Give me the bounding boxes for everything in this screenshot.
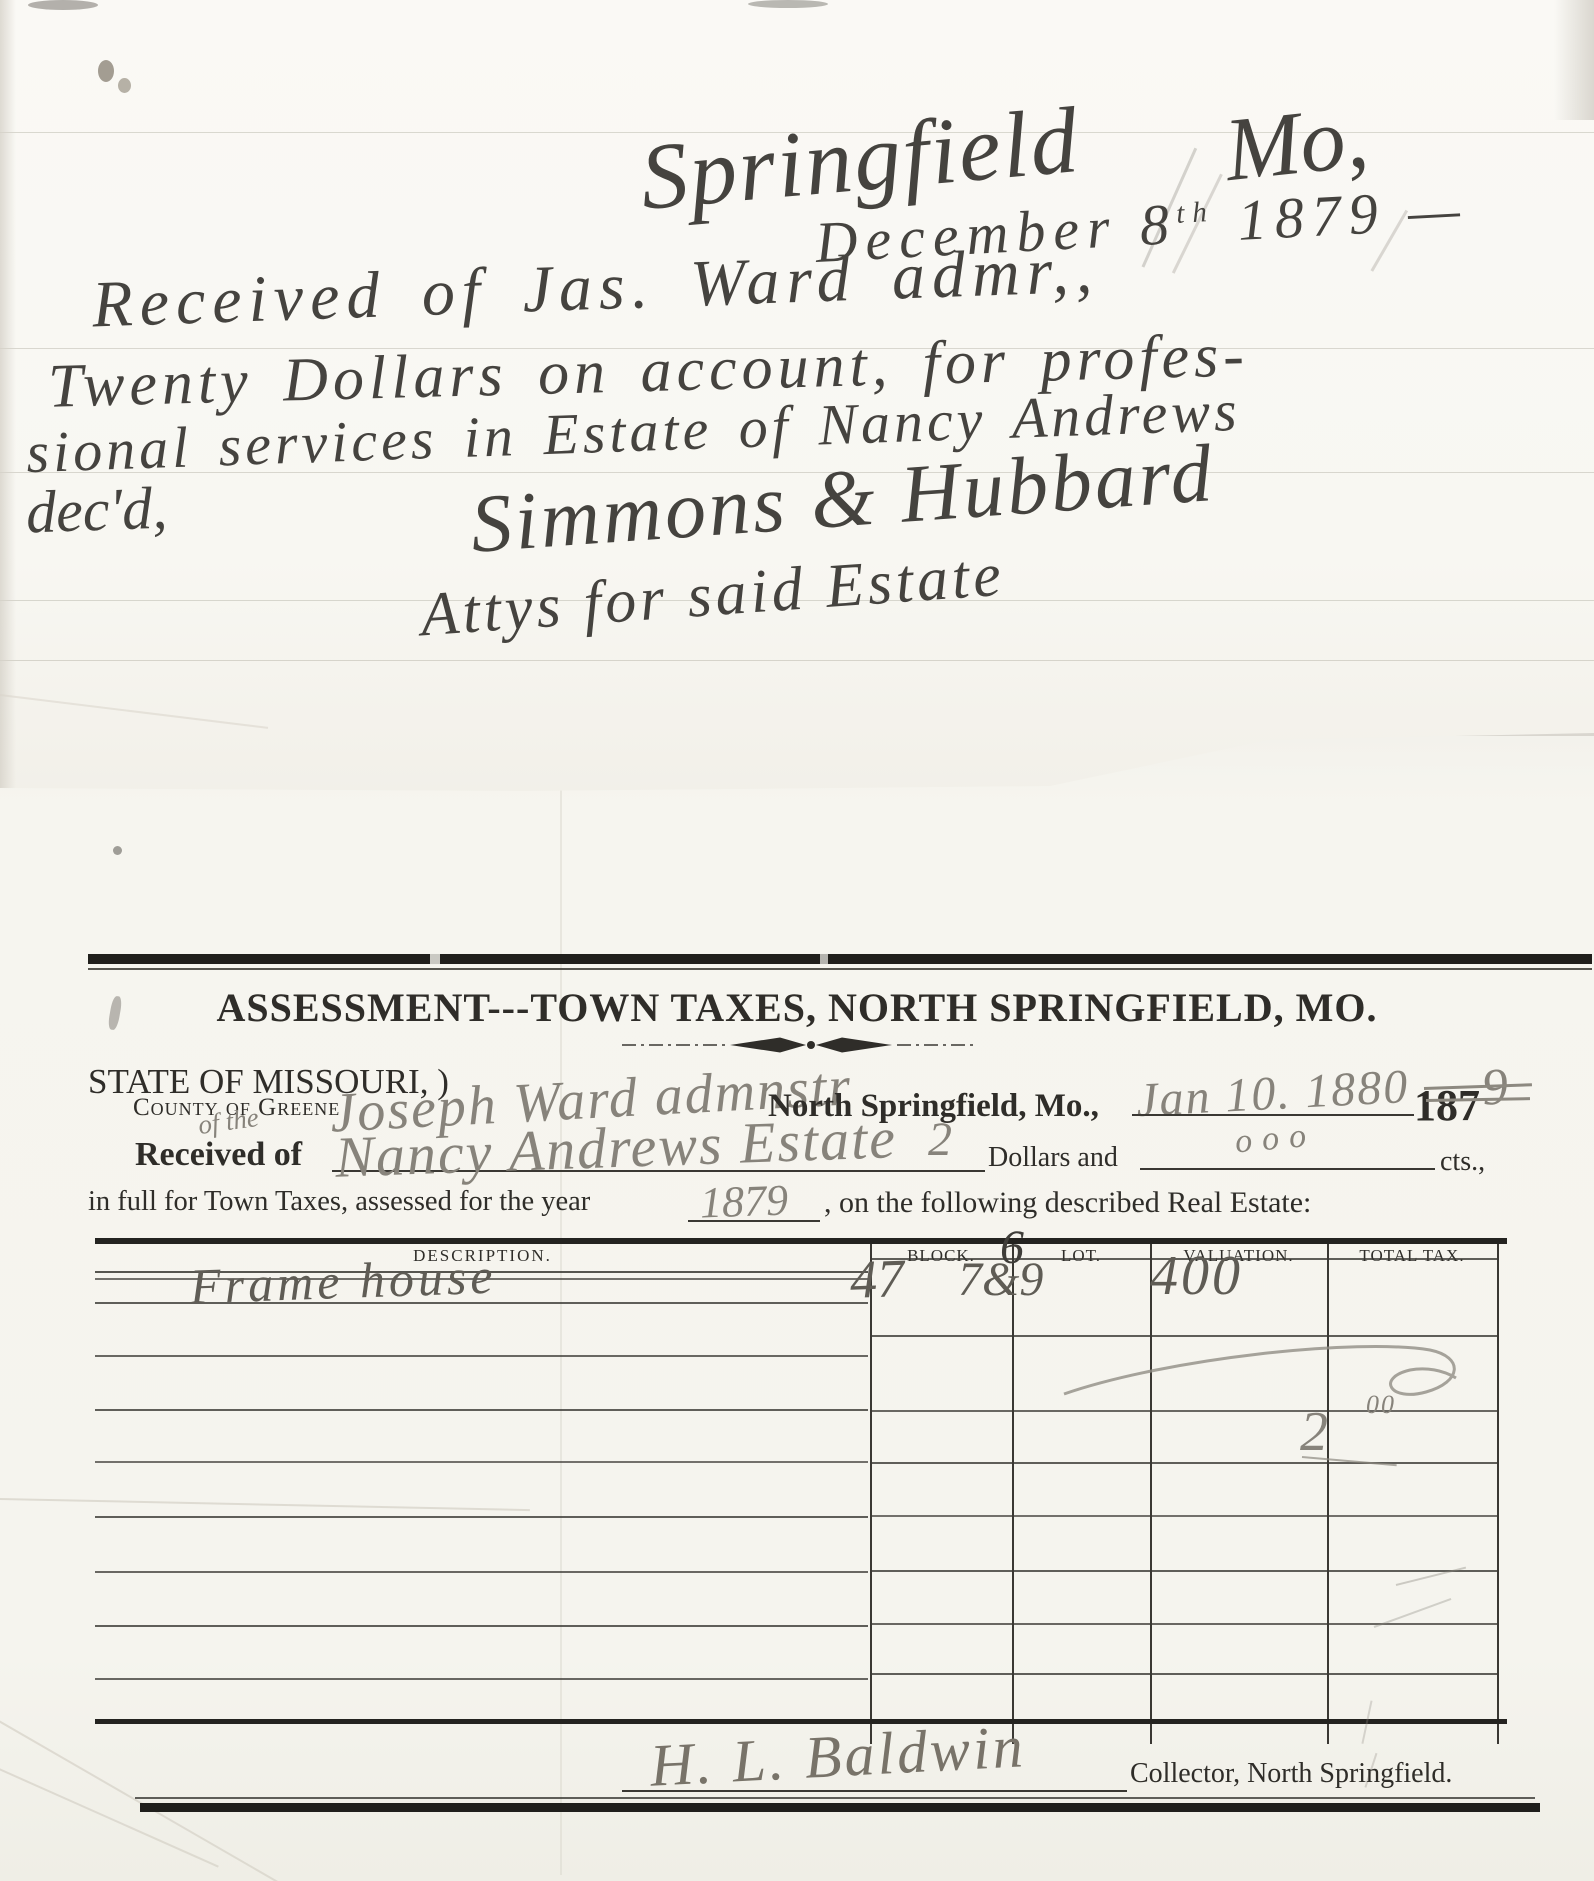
hole-punch-mark xyxy=(98,60,114,82)
letter-paper: Springfield Mo, December 8th 1879 — Rece… xyxy=(0,0,1594,794)
table-row-line xyxy=(95,1355,868,1357)
table-row-line xyxy=(872,1462,1497,1464)
scan-edge-mark xyxy=(748,0,828,8)
table-row-line xyxy=(872,1623,1497,1625)
form-bottom-rule-thick xyxy=(140,1803,1540,1812)
letter-body-line-1: Received of Jas. Ward admr,, xyxy=(91,232,1100,343)
table-column-line xyxy=(1327,1244,1329,1744)
pencil-total-tax-cents: 00 xyxy=(1366,1390,1396,1420)
in-full-pre: in full for Town Taxes, assessed for the… xyxy=(88,1186,590,1218)
scanned-document: ASSESSMENT---TOWN TAXES, NORTH SPRINGFIE… xyxy=(0,0,1594,1881)
form-bottom-rule-thin xyxy=(135,1797,1535,1799)
cell-description: Frame house xyxy=(189,1247,497,1316)
table-column-line xyxy=(1012,1244,1014,1744)
crease-line xyxy=(0,694,268,729)
pencil-total-tax: 2 xyxy=(1300,1400,1328,1464)
date-blank-line xyxy=(1132,1114,1414,1116)
letter-date-year: 1879 — xyxy=(1214,176,1470,254)
form-title: ASSESSMENT---TOWN TAXES, NORTH SPRINGFIE… xyxy=(0,984,1594,1031)
table-row-line xyxy=(872,1410,1497,1412)
in-full-post: , on the following described Real Estate… xyxy=(824,1186,1311,1220)
hw-tax-year: 1879 xyxy=(699,1174,789,1228)
table-row-line xyxy=(872,1570,1497,1572)
rule-break xyxy=(430,953,440,965)
ornament-divider-icon xyxy=(620,1034,980,1056)
cents-blank-line xyxy=(1140,1168,1435,1170)
crease-line xyxy=(560,745,562,1875)
col-header-total-tax: TOTAL TAX. xyxy=(1327,1246,1497,1266)
table-row-line xyxy=(95,1678,868,1680)
cell-valuation: 400 xyxy=(1150,1244,1243,1308)
table-column-line xyxy=(1150,1244,1152,1744)
cell-block: 47 xyxy=(849,1247,905,1311)
form-top-rule-thick xyxy=(88,954,1592,964)
cell-lot-superscript: 6 xyxy=(1000,1220,1024,1275)
scan-edge-mark xyxy=(28,0,98,10)
table-row-line xyxy=(95,1409,868,1411)
table-row-line xyxy=(872,1515,1497,1517)
table-row-line xyxy=(95,1625,868,1627)
table-column-line xyxy=(870,1244,872,1744)
form-title-text: ASSESSMENT---TOWN TAXES, NORTH SPRINGFIE… xyxy=(216,985,1377,1030)
hw-dollars-amount: 2 xyxy=(928,1112,952,1167)
cents-label: cts., xyxy=(1440,1146,1485,1178)
hole-punch-mark xyxy=(118,78,131,93)
letter-body-line-4: dec'd, xyxy=(25,474,168,548)
hw-cents-amount: ooo xyxy=(1233,1117,1317,1162)
table-row-line xyxy=(95,1461,868,1463)
table-top-border xyxy=(95,1238,1507,1244)
corner-shade xyxy=(1554,0,1594,120)
ink-spot xyxy=(113,846,122,855)
rule-break xyxy=(820,953,828,965)
ruled-line xyxy=(0,660,1594,661)
form-top-rule-thin xyxy=(88,968,1592,970)
dollars-label: Dollars and xyxy=(988,1142,1118,1174)
table-row-line xyxy=(95,1571,868,1573)
table-row-line xyxy=(95,1516,868,1518)
pencil-flourish xyxy=(1058,1330,1468,1410)
received-label: Received of xyxy=(135,1136,302,1174)
letter-date-superscript: th xyxy=(1175,196,1215,230)
edge-shade xyxy=(0,0,16,794)
table-right-border xyxy=(1497,1244,1499,1744)
collector-label: Collector, North Springfield. xyxy=(1130,1758,1452,1790)
table-row-line xyxy=(872,1673,1497,1675)
